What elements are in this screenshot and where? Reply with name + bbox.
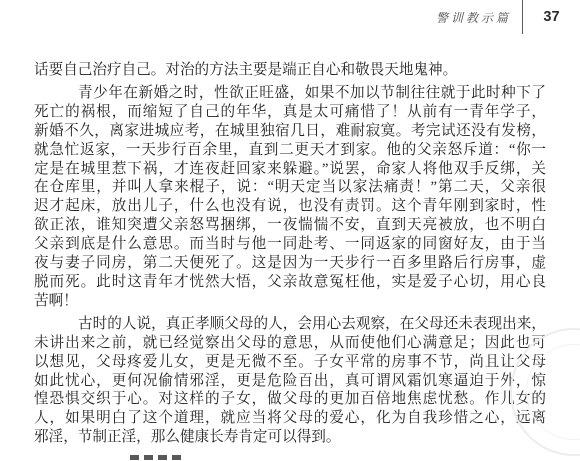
text-line: 惶恐惧交织于心。对这样的子女，做父母的更加百倍地焦虑忧愁。作儿女的 xyxy=(34,390,546,409)
text-line: 邪淫，节制正淫，那么健康长寿肯定可以得到。 xyxy=(34,428,546,447)
section-title: 警训教示篇 xyxy=(436,9,511,26)
text-line: 就急忙返家，一天步行百余里，直到二更天才到家。他的父亲怒斥道：“你一 xyxy=(34,141,546,160)
text-line: 话要自己治疗自己。对治的方法主要是端正自心和敬畏天地鬼神。 xyxy=(34,61,546,80)
text-line: 古时的人说，真正孝顺父母的人，会用心去观察，在父母还未表现出来， xyxy=(34,315,546,334)
text-line: 在仓库里，并叫人拿来棍子，说：“明天定当以家法痛责！”第二天，父亲很 xyxy=(34,178,546,197)
page-number: 37 xyxy=(523,9,580,25)
clipped-next-line-fragment xyxy=(130,455,186,460)
text-line: 父亲到底是什么意思。而当时与他一同赴考、一同返家的同窗好友，由于当 xyxy=(34,235,546,254)
page-header: 警训教示篇 37 xyxy=(0,0,580,34)
text-line: 夜与妻子同房，第二天便死了。这是因为一天步行一百多里路后行房事，虚 xyxy=(34,254,546,273)
text-line: 新婚不久，离家进城应考，在城里独宿几日，难耐寂寞。考完试还没有发榜， xyxy=(34,122,546,141)
text-line: 以想见，父母疼爱儿女，更是无微不至。子女平常的房事不节，尚且让父母 xyxy=(34,353,546,372)
text-line: 欲正浓，谁知突遭父亲怒骂捆绑，一夜惴惴不安，直到天亮被放，也不明白 xyxy=(34,216,546,235)
text-line: 定是在城里惹下祸，才连夜赶回家来躲避。”说罢，命家人将他双手反绑，关 xyxy=(34,160,546,179)
body-text: 话要自己治疗自己。对治的方法主要是端正自心和敬畏天地鬼神。青少年在新婚之时，性欲… xyxy=(34,61,546,447)
text-line: 死亡的祸根，而缩短了自己的年华，真是太可痛惜了！从前有一青年学子， xyxy=(34,103,546,122)
text-line: 脱而死。此时这青年才恍然大悟，父亲故意冤枉他，实是爱子心切，用心良 xyxy=(34,273,546,292)
text-line: 青少年在新婚之时，性欲正旺盛，如果不加以节制往往就于此时种下了 xyxy=(34,84,546,103)
text-line: 苦啊！ xyxy=(34,292,546,311)
text-line: 未讲出来之前，就已经觉察出父母的意思，从而使他们心满意足；因此也可 xyxy=(34,334,546,353)
book-page: 警训教示篇 37 话要自己治疗自己。对治的方法主要是端正自心和敬畏天地鬼神。青少… xyxy=(0,0,580,461)
text-line: 如此忧心，更何况偷情邪淫，更是危险百出，真可谓风霜饥寒逼迫于外，惊 xyxy=(34,372,546,391)
text-line: 迟才起床，放出儿子，什么也没有说，也没有责罚。这个青年刚到家时，性 xyxy=(34,197,546,216)
text-line: 人，如果明白了这个道理，就应当将父母的爱心，化为自我珍惜之心，远离 xyxy=(34,409,546,428)
